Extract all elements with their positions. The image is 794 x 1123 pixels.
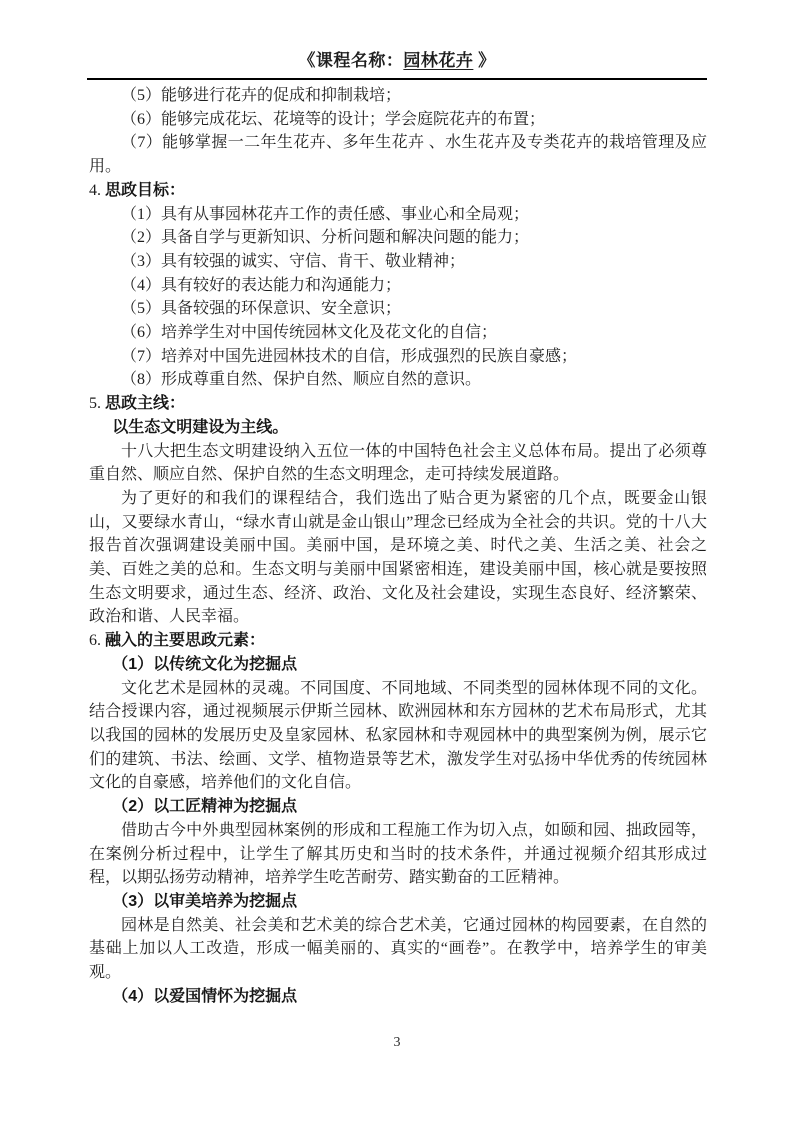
- page-number: 3: [394, 1035, 401, 1050]
- bold-line: 以生态文明建设为主线。: [89, 416, 707, 440]
- section-title: 思政主线：: [105, 395, 185, 412]
- paragraph: 借助古今中外典型园林案例的形成和工程施工作为切入点，如颐和园、拙政园等，在案例分…: [89, 819, 707, 890]
- header-suffix: 》: [473, 51, 495, 70]
- sub-heading: （1）以传统文化为挖掘点: [89, 653, 707, 677]
- section-heading: 6.融入的主要思政元素：: [89, 629, 707, 653]
- list-item: （5）具备较强的环保意识、安全意识；: [89, 297, 707, 321]
- paragraph: 十八大把生态文明建设纳入五位一体的中国特色社会主义总体布局。提出了必须尊重自然、…: [89, 440, 707, 487]
- document-page: 《课程名称：园林花卉 》 （5）能够进行花卉的促成和抑制栽培；（6）能够完成花坛…: [0, 0, 794, 1123]
- sub-heading: （4）以爱国情怀为挖掘点: [89, 985, 707, 1009]
- header-prefix: 《课程名称：: [298, 51, 403, 70]
- list-item: （4）具有较好的表达能力和沟通能力；: [89, 274, 707, 298]
- section-number: 5.: [89, 395, 101, 412]
- list-item: （1）具有从事园林花卉工作的责任感、事业心和全局观；: [89, 203, 707, 227]
- paragraph: 文化艺术是园林的灵魂。不同国度、不同地域、不同类型的园林体现不同的文化。结合授课…: [89, 677, 707, 796]
- paragraph: 为了更好的和我们的课程结合，我们选出了贴合更为紧密的几个点，既要金山银山，又要绿…: [89, 487, 707, 629]
- page-footer: 3: [0, 1035, 794, 1051]
- list-item: （6）能够完成花坛、花境等的设计；学会庭院花卉的布置；: [89, 108, 707, 132]
- list-item: （2）具备自学与更新知识、分析问题和解决问题的能力；: [89, 226, 707, 250]
- list-item: （8）形成尊重自然、保护自然、顺应自然的意识。: [89, 368, 707, 392]
- page-header: 《课程名称：园林花卉 》: [87, 0, 707, 80]
- list-item: （3）具有较强的诚实、守信、肯干、敬业精神；: [89, 250, 707, 274]
- list-item: （7）培养对中国先进园林技术的自信，形成强烈的民族自豪感；: [89, 345, 707, 369]
- list-item: （6）培养学生对中国传统园林文化及花文化的自信；: [89, 321, 707, 345]
- list-item: （7）能够掌握一二年生花卉、多年生花卉 、水生花卉及专类花卉的栽培管理及应用。: [89, 131, 707, 178]
- list-item: （5）能够进行花卉的促成和抑制栽培；: [89, 84, 707, 108]
- document-body: （5）能够进行花卉的促成和抑制栽培；（6）能够完成花坛、花境等的设计；学会庭院花…: [89, 84, 707, 1008]
- section-title: 融入的主要思政元素：: [105, 632, 265, 649]
- paragraph: 园林是自然美、社会美和艺术美的综合艺术美，它通过园林的构园要素，在自然的基础上加…: [89, 914, 707, 985]
- sub-heading: （3）以审美培养为挖掘点: [89, 890, 707, 914]
- section-number: 6.: [89, 632, 101, 649]
- section-title: 思政目标：: [105, 182, 185, 199]
- section-heading: 5.思政主线：: [89, 392, 707, 416]
- section-heading: 4.思政目标：: [89, 179, 707, 203]
- sub-heading: （2）以工匠精神为挖掘点: [89, 795, 707, 819]
- course-name: 园林花卉: [403, 51, 473, 70]
- section-number: 4.: [89, 182, 101, 199]
